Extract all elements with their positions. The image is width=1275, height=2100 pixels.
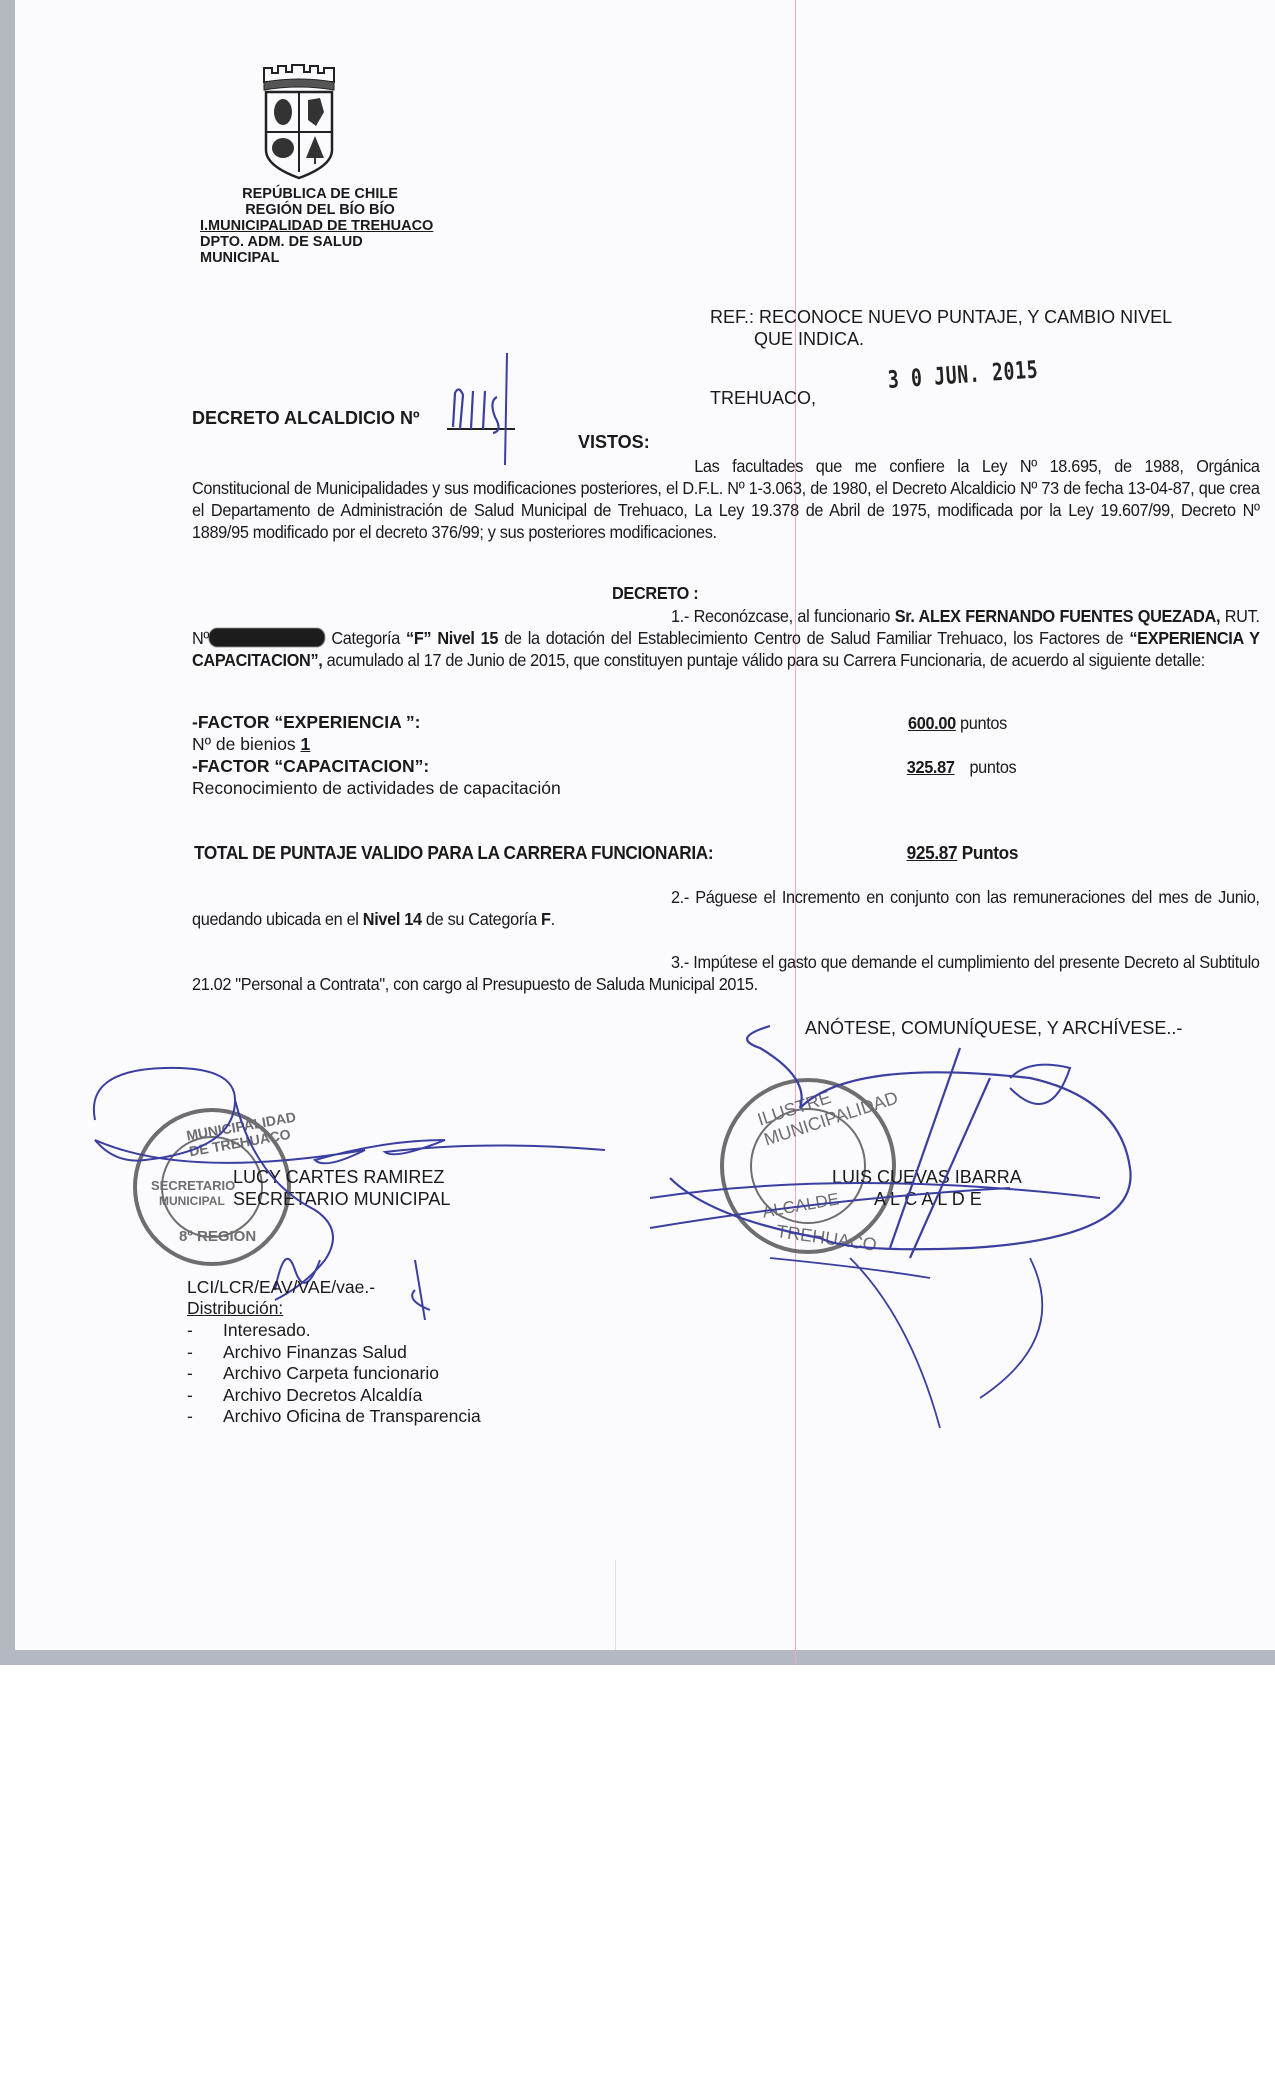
category-value: “F” xyxy=(406,628,431,648)
distribution-item-text: Archivo Carpeta funcionario xyxy=(223,1363,439,1383)
distribution-item: -Archivo Finanzas Salud xyxy=(187,1342,481,1364)
mayor-signature xyxy=(650,1018,1210,1428)
coat-of-arms-icon xyxy=(258,62,340,180)
item2-prefix: 2.- Páguese el Incremento en conjunto co… xyxy=(192,887,1260,929)
item1-prefix: 1.- Reconózcase, al funcionario xyxy=(671,606,895,626)
training-points-unit: puntos xyxy=(969,757,1016,777)
total-points-unit: Puntos xyxy=(962,842,1018,863)
reference-text-cont: QUE INDICA. xyxy=(710,328,1172,350)
bienios-value: 1 xyxy=(301,734,311,754)
letterhead-department: DPTO. ADM. DE SALUD MUNICIPAL xyxy=(200,234,440,266)
distribution-item-text: Interesado. xyxy=(223,1320,311,1340)
experience-points-value: 600.00 xyxy=(908,713,956,733)
distribution-item-text: Archivo Oficina de Transparencia xyxy=(223,1406,481,1426)
experience-points: 600.00 puntos xyxy=(908,713,1007,734)
total-label: TOTAL DE PUNTAJE VALIDO PARA LA CARRERA … xyxy=(194,842,713,864)
distribution-item: -Archivo Carpeta funcionario xyxy=(187,1363,481,1385)
redacted-rut xyxy=(209,628,325,647)
total-points: 925.87 Puntos xyxy=(888,842,1018,864)
item2-mid: de su Categoría xyxy=(422,909,541,929)
decree-item-1: 1.- Reconózcase, al funcionario Sr. ALEX… xyxy=(192,605,1260,671)
training-points-value: 325.87 xyxy=(890,757,969,777)
category-label: Categoría xyxy=(325,628,406,648)
distribution-item-text: Archivo Finanzas Salud xyxy=(223,1342,407,1362)
experience-points-unit: puntos xyxy=(960,713,1007,733)
reference-text: RECONOCE NUEVO PUNTAJE, Y CAMBIO NIVEL xyxy=(759,307,1172,327)
factor-experience-title: -FACTOR “EXPERIENCIA ”: xyxy=(192,712,421,733)
factor-training-title: -FACTOR “CAPACITACION”: xyxy=(192,756,429,777)
decreto-heading: DECRETO : xyxy=(612,583,698,604)
item2-end: . xyxy=(551,909,555,929)
decree-item-3: 3.- Impútese el gasto que demande el cum… xyxy=(192,951,1260,995)
secretary-signature xyxy=(85,1060,605,1300)
vistos-heading: VISTOS: xyxy=(578,432,650,453)
handwritten-decree-number xyxy=(445,345,525,465)
distribution-item-text: Archivo Decretos Alcaldía xyxy=(223,1385,422,1405)
distribution-item: -Archivo Decretos Alcaldía xyxy=(187,1385,481,1407)
vistos-paragraph: Las facultades que me confiere la Ley Nº… xyxy=(192,455,1260,543)
item1-suffix: acumulado al 17 de Junio de 2015, que co… xyxy=(322,650,1204,670)
level-value: Nivel 15 xyxy=(431,628,498,648)
bienios-label: Nº de bienios xyxy=(192,734,301,754)
distribution-heading: Distribución: xyxy=(187,1298,283,1319)
letterhead-municipality: I.MUNICIPALIDAD DE TREHUACO xyxy=(200,218,440,234)
factor-experience-detail: Nº de bienios 1 xyxy=(192,734,310,755)
item2-category: F xyxy=(541,909,551,929)
decree-number-label: DECRETO ALCALDICIO Nº xyxy=(192,408,420,429)
item1-mid: de la dotación del Establecimiento Centr… xyxy=(498,628,1129,648)
total-points-value: 925.87 xyxy=(888,842,957,863)
new-level: Nivel 14 xyxy=(363,909,422,929)
training-points: 325.87puntos xyxy=(890,757,1016,778)
factor-training-detail: Reconocimiento de actividades de capacit… xyxy=(192,778,561,799)
typist-initials: LCI/LCR/EAV/VAE/vae.- xyxy=(187,1277,375,1298)
reference-label: REF.: xyxy=(710,307,754,327)
letterhead-country: REPÚBLICA DE CHILE xyxy=(200,186,440,202)
scan-artifact-fold xyxy=(615,1560,616,1650)
distribution-item: -Interesado. xyxy=(187,1320,481,1342)
employee-name: Sr. ALEX FERNANDO FUENTES QUEZADA, xyxy=(895,606,1220,626)
letterhead: REPÚBLICA DE CHILE REGIÓN DEL BÍO BÍO I.… xyxy=(200,186,440,266)
distribution-item: -Archivo Oficina de Transparencia xyxy=(187,1406,481,1428)
place: TREHUACO, xyxy=(710,388,816,409)
reference-block: REF.: RECONOCE NUEVO PUNTAJE, Y CAMBIO N… xyxy=(710,306,1172,350)
letterhead-region: REGIÓN DEL BÍO BÍO xyxy=(200,202,440,218)
decree-item-2: 2.- Páguese el Incremento en conjunto co… xyxy=(192,886,1260,930)
distribution-list: -Interesado. -Archivo Finanzas Salud -Ar… xyxy=(187,1320,481,1428)
